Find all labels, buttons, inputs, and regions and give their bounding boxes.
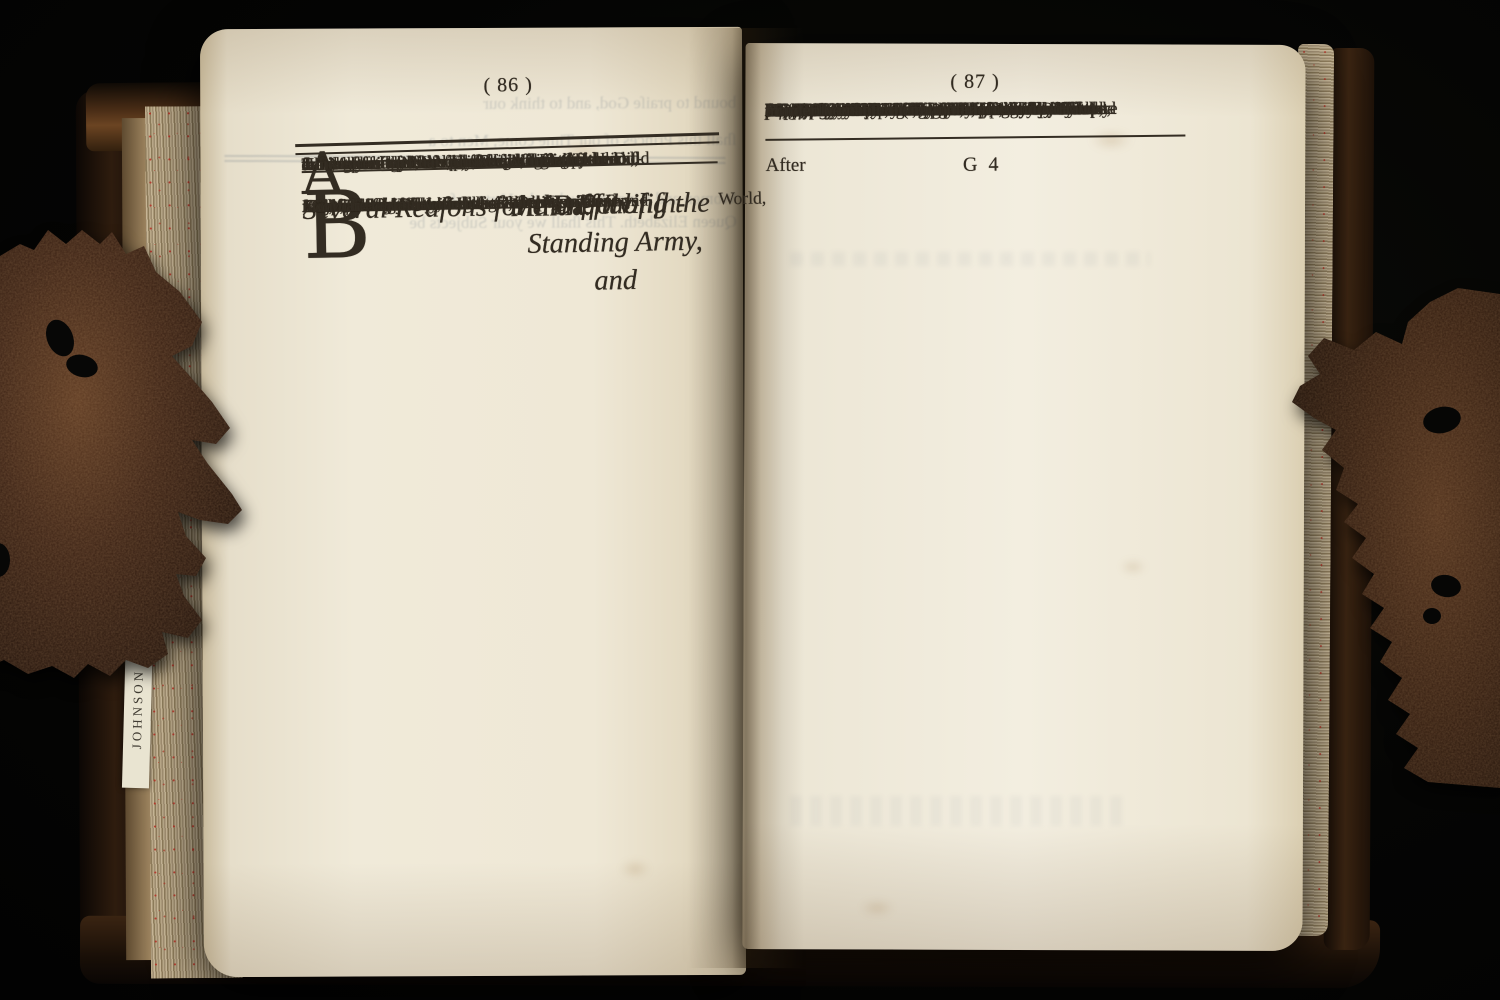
- photo-scene: ſhall this Princes of our Time come, Men…: [0, 0, 1500, 1000]
- spine-label-text: JOHNSON: [128, 669, 146, 750]
- section-rule: [765, 135, 1185, 141]
- signature-mark: G 4: [963, 154, 1002, 177]
- page-86-text: ( 86 )AT the opening of this Seſſion it …: [300, 70, 718, 195]
- show-through-smudge: [790, 252, 1150, 266]
- clasp-right: [1290, 288, 1500, 788]
- page-87-text: ( 87 )World, for they have ſlain Men, Wo…: [765, 69, 1185, 155]
- foxing-stain: [620, 860, 650, 878]
- page-number: ( 87 ): [765, 69, 1185, 100]
- show-through-smudge: [790, 796, 1130, 826]
- catchword: After: [766, 155, 806, 177]
- clasp-left: [0, 188, 242, 680]
- foxing-stain: [1120, 560, 1146, 574]
- foxing-stain: [860, 900, 894, 916]
